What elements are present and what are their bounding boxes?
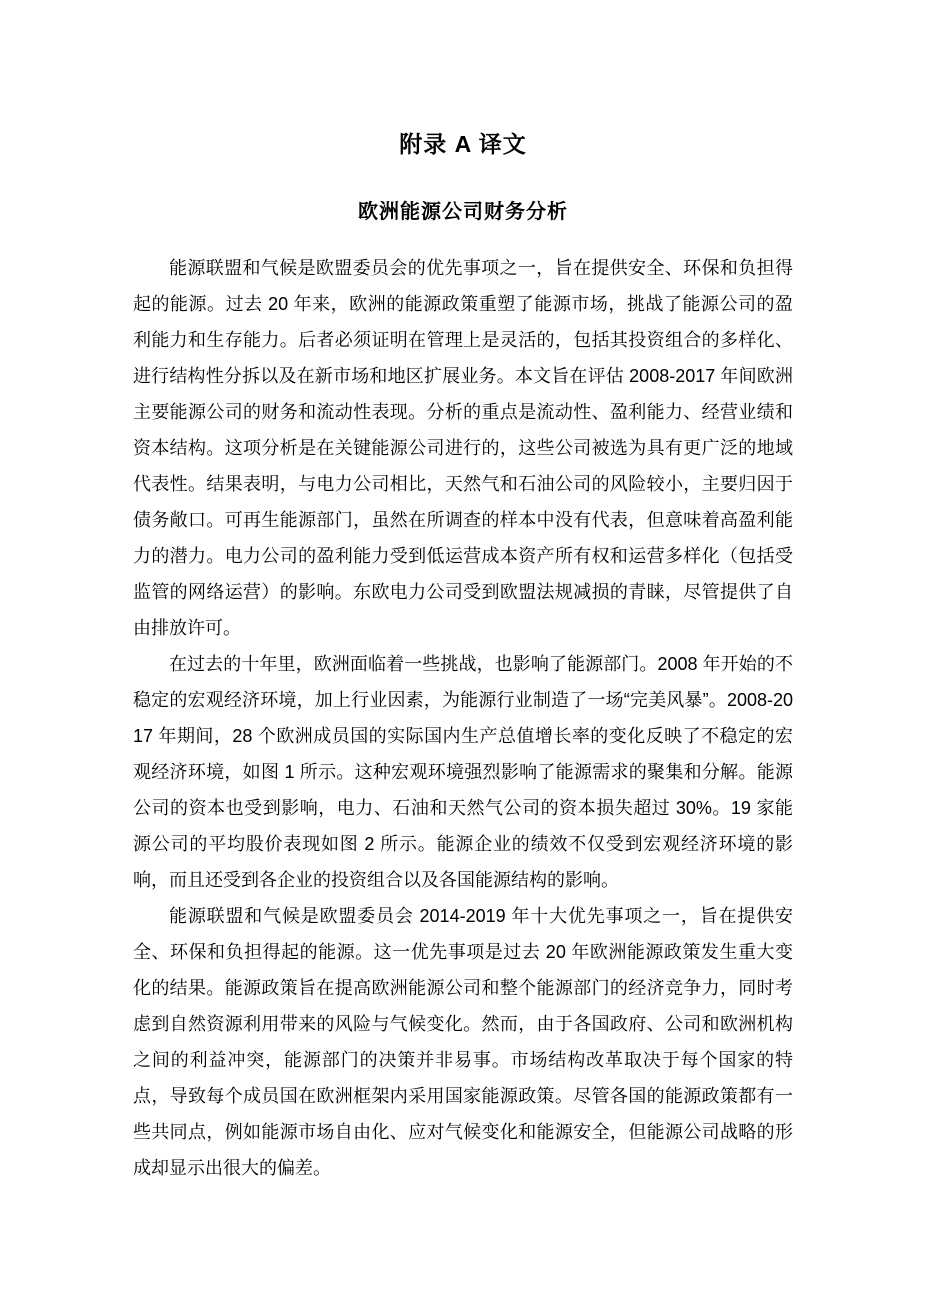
body-paragraph-3: 能源联盟和气候是欧盟委员会 2014-2019 年十大优先事项之一，旨在提供安全… bbox=[133, 898, 793, 1186]
body-paragraph-2: 在过去的十年里，欧洲面临着一些挑战，也影响了能源部门。2008 年开始的不稳定的… bbox=[133, 646, 793, 898]
body-paragraph-1: 能源联盟和气候是欧盟委员会的优先事项之一，旨在提供安全、环保和负担得起的能源。过… bbox=[133, 250, 793, 646]
article-title: 欧洲能源公司财务分析 bbox=[133, 195, 793, 224]
document-page: 附录 A 译文 欧洲能源公司财务分析 能源联盟和气候是欧盟委员会的优先事项之一，… bbox=[0, 0, 926, 1309]
appendix-title: 附录 A 译文 bbox=[133, 126, 793, 159]
document-body: 能源联盟和气候是欧盟委员会的优先事项之一，旨在提供安全、环保和负担得起的能源。过… bbox=[133, 250, 793, 1186]
